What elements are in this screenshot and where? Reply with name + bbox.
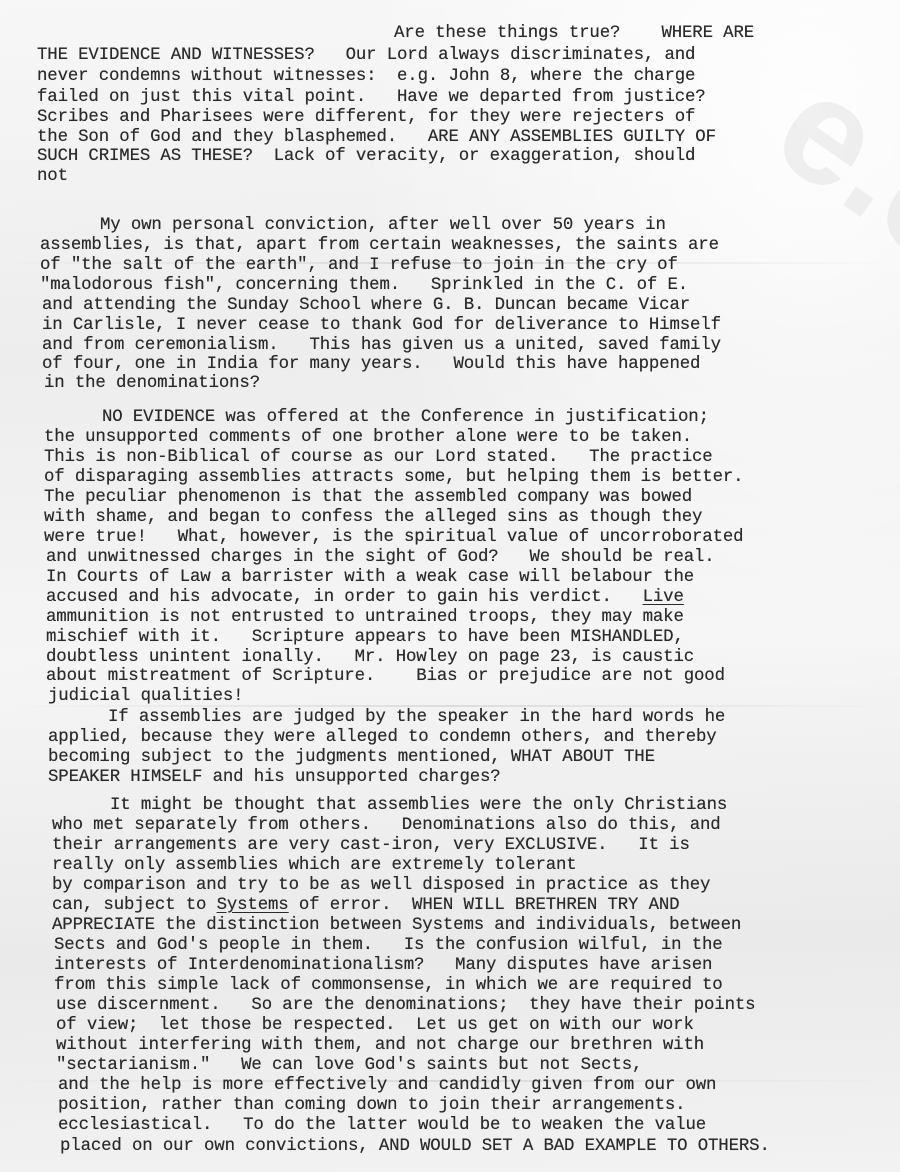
text-line: failed on just this vital point. Have we… bbox=[37, 88, 706, 107]
text-line: "malodorous fish", concerning them. Spri… bbox=[40, 276, 688, 295]
text-line: about mistreatment of Scripture. Bias or… bbox=[46, 667, 725, 686]
text-line: In Courts of Law a barrister with a weak… bbox=[46, 568, 694, 587]
underlined-word: Systems bbox=[217, 896, 289, 915]
text-line: of four, one in India for many years. Wo… bbox=[42, 355, 700, 374]
text-line: the Son of God and they blasphemed. ARE … bbox=[37, 128, 716, 147]
text-line: applied, because they were alleged to co… bbox=[48, 728, 717, 747]
text-line: of view; let those be respected. Let us … bbox=[56, 1016, 694, 1035]
text-line: My own personal conviction, after well o… bbox=[100, 216, 666, 235]
text-line: It might be thought that assemblies were… bbox=[110, 796, 727, 815]
text-line: doubtless unintent ionally. Mr. Howley o… bbox=[46, 648, 694, 667]
text-line: in the denominations? bbox=[44, 374, 260, 393]
text-line: were true! What, however, is the spiritu… bbox=[44, 528, 743, 547]
text-line: of disparaging assemblies attracts some,… bbox=[44, 468, 743, 487]
text-line: assemblies, is that, apart from certain … bbox=[40, 236, 719, 255]
text-line: by comparison and try to be as well disp… bbox=[52, 876, 710, 895]
text-line: without interfering with them, and not c… bbox=[56, 1036, 704, 1055]
text-line: mischief with it. Scripture appears to h… bbox=[46, 628, 684, 647]
text-line: "sectarianism." We can love God's saints… bbox=[56, 1056, 642, 1075]
text-line: NO EVIDENCE was offered at the Conferenc… bbox=[102, 408, 709, 427]
text-line: ammunition is not entrusted to untrained… bbox=[46, 608, 684, 627]
text-line: judicial qualities! bbox=[48, 687, 243, 706]
text-line: The peculiar phenomenon is that the asse… bbox=[44, 488, 692, 507]
text-line: Scribes and Pharisees were different, fo… bbox=[37, 108, 695, 127]
text-line: Are these things true? WHERE ARE bbox=[394, 24, 754, 43]
text-line: can, subject to Systems of error. WHEN W… bbox=[52, 896, 679, 915]
text-line: Sects and God's people in them. Is the c… bbox=[54, 936, 723, 955]
scanned-page: e.org Are these things true? WHERE ARE T… bbox=[0, 0, 900, 1172]
text-line: and attending the Sunday School where G.… bbox=[42, 296, 690, 315]
text-line: of "the salt of the earth", and I refuse… bbox=[40, 256, 678, 275]
text-line: their arrangements are very cast-iron, v… bbox=[52, 836, 690, 855]
text-segment: accused and his advocate, in order to ga… bbox=[46, 588, 643, 607]
text-line: SPEAKER HIMSELF and his unsupported char… bbox=[48, 768, 501, 787]
text-line: APPRECIATE the distinction between Syste… bbox=[52, 916, 741, 935]
text-line: placed on our own convictions, AND WOULD… bbox=[60, 1137, 770, 1156]
text-line: If assemblies are judged by the speaker … bbox=[108, 708, 725, 727]
text-line: and from ceremonialism. This has given u… bbox=[42, 336, 721, 355]
text-segment: of error. WHEN WILL BRETHREN TRY AND bbox=[289, 896, 680, 915]
text-line: the unsupported comments of one brother … bbox=[44, 428, 692, 447]
text-line: with shame, and began to confess the all… bbox=[44, 508, 702, 527]
text-line: use discernment. So are the denomination… bbox=[56, 996, 755, 1015]
text-line: SUCH CRIMES AS THESE? Lack of veracity, … bbox=[37, 147, 695, 166]
text-line: who met separately from others. Denomina… bbox=[52, 816, 721, 835]
text-line: never condemns without witnesses: e.g. J… bbox=[37, 67, 695, 86]
text-line: not bbox=[37, 167, 68, 186]
text-line: THE EVIDENCE AND WITNESSES? Our Lord alw… bbox=[37, 46, 695, 65]
text-line: from this simple lack of commonsense, in… bbox=[54, 976, 723, 995]
text-line: accused and his advocate, in order to ga… bbox=[46, 588, 684, 607]
text-line: ecclesiastical. To do the latter would b… bbox=[58, 1116, 706, 1135]
text-line: in Carlisle, I never cease to thank God … bbox=[42, 316, 721, 335]
text-line: and unwitnessed charges in the sight of … bbox=[46, 548, 715, 567]
text-line: interests of Interdenominationalism? Man… bbox=[54, 956, 712, 975]
underlined-word: Live bbox=[643, 588, 684, 607]
text-line: This is non-Biblical of course as our Lo… bbox=[44, 448, 713, 467]
text-segment: can, subject to bbox=[52, 896, 217, 915]
text-line: position, rather than coming down to joi… bbox=[58, 1096, 685, 1115]
text-line: becoming subject to the judgments mentio… bbox=[48, 748, 655, 767]
text-line: and the help is more effectively and can… bbox=[58, 1076, 716, 1095]
text-line: really only assemblies which are extreme… bbox=[52, 856, 577, 875]
